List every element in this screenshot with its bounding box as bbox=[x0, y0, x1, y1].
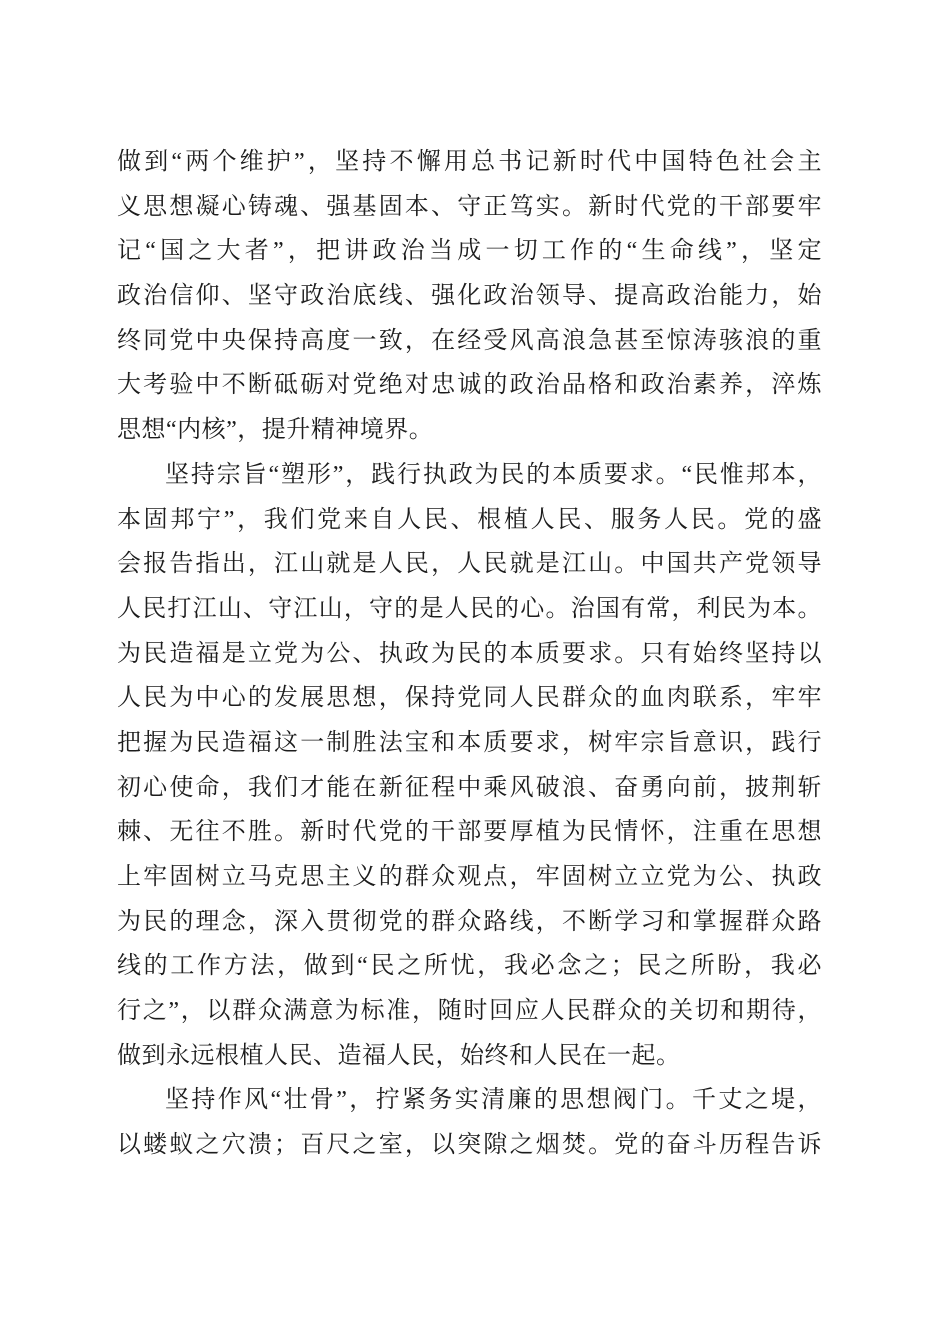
text-line: 终同党中央保持高度一致，在经受风高浪急甚至惊涛骇浪的重 bbox=[117, 319, 822, 364]
text-line: 做到“两个维护”，坚持不懈用总书记新时代中国特色社会主 bbox=[117, 140, 822, 185]
text-line: 记“国之大者”，把讲政治当成一切工作的“生命线”，坚定 bbox=[117, 229, 822, 274]
text-line: 为民造福是立党为公、执政为民的本质要求。只有始终坚持以 bbox=[117, 632, 822, 677]
text-line: 大考验中不断砥砺对党绝对忠诚的政治品格和政治素养，淬炼 bbox=[117, 363, 822, 408]
text-line: 义思想凝心铸魂、强基固本、守正笃实。新时代党的干部要牢 bbox=[117, 185, 822, 230]
text-line: 把握为民造福这一制胜法宝和本质要求，树牢宗旨意识，践行 bbox=[117, 721, 822, 766]
text-line: 上牢固树立马克思主义的群众观点，牢固树立立党为公、执政 bbox=[117, 855, 822, 900]
text-line-paragraph-start: 坚持作风“壮骨”，拧紧务实清廉的思想阀门。千丈之堤， bbox=[117, 1078, 822, 1123]
text-line: 线的工作方法，做到“民之所忧，我必念之；民之所盼，我必 bbox=[117, 944, 822, 989]
text-line-paragraph-start: 坚持宗旨“塑形”，践行执政为民的本质要求。“民惟邦本， bbox=[117, 453, 822, 498]
text-line: 人民打江山、守江山，守的是人民的心。治国有常，利民为本。 bbox=[117, 587, 822, 632]
text-line-paragraph-end: 思想“内核”，提升精神境界。 bbox=[117, 408, 822, 453]
document-page: 做到“两个维护”，坚持不懈用总书记新时代中国特色社会主 义思想凝心铸魂、强基固本… bbox=[0, 0, 950, 1344]
text-line: 初心使命，我们才能在新征程中乘风破浪、奋勇向前，披荆斩 bbox=[117, 766, 822, 811]
text-line: 行之”，以群众满意为标准，随时回应人民群众的关切和期待， bbox=[117, 989, 822, 1034]
text-line: 为民的理念，深入贯彻党的群众路线，不断学习和掌握群众路 bbox=[117, 900, 822, 945]
text-body: 做到“两个维护”，坚持不懈用总书记新时代中国特色社会主 义思想凝心铸魂、强基固本… bbox=[117, 140, 822, 1168]
text-line: 以蝼蚁之穴溃；百尺之室，以突隙之烟焚。党的奋斗历程告诉 bbox=[117, 1123, 822, 1168]
text-line: 政治信仰、坚守政治底线、强化政治领导、提高政治能力，始 bbox=[117, 274, 822, 319]
text-line: 本固邦宁”，我们党来自人民、根植人民、服务人民。党的盛 bbox=[117, 498, 822, 543]
text-line-paragraph-end: 做到永远根植人民、造福人民，始终和人民在一起。 bbox=[117, 1034, 822, 1079]
text-line: 棘、无往不胜。新时代党的干部要厚植为民情怀，注重在思想 bbox=[117, 810, 822, 855]
text-line: 人民为中心的发展思想，保持党同人民群众的血肉联系，牢牢 bbox=[117, 676, 822, 721]
text-line: 会报告指出，江山就是人民，人民就是江山。中国共产党领导 bbox=[117, 542, 822, 587]
